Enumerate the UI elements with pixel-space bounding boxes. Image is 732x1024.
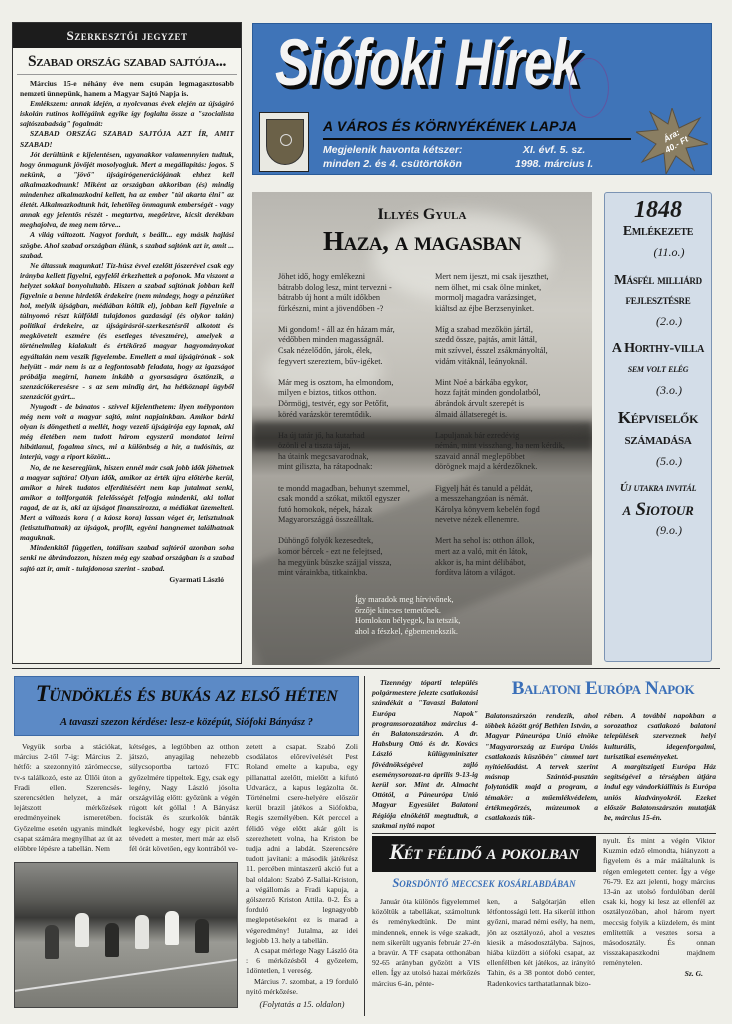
poem-line: vidám vitáknál, leányoknál. (435, 357, 585, 368)
article-text: rében. A további napokban a sorozathoz c… (604, 711, 716, 762)
poem-line: ha útaink megcsavarodnak, (278, 452, 428, 463)
poem-line: mit szívvel, ésszel zsákmányoltál, (435, 346, 585, 357)
poem-line: Figyelj hát és tanuld a példát, (435, 484, 585, 495)
masthead-subtitle: A VÁROS ÉS KÖRNYÉKÉNEK LAPJA (323, 118, 577, 134)
poem-line: nevetve nézek ellenemre. (435, 515, 585, 526)
poem-stanza: te mondd magadban, behunyt szemmel,csak … (278, 484, 428, 526)
poem-line: csak mondd a szókat, miktől egyszer (278, 494, 428, 505)
poem-line: fegyvert szereztem, bűv-igéket. (278, 357, 428, 368)
poem-line: akkor is, ha mint délibábot, (435, 558, 585, 569)
poem-stanza: Jöhet idő, hogy emlékeznibátrabb dolog l… (278, 272, 428, 314)
issue-info: XI. évf. 5. sz. 1998. március I. (515, 143, 593, 171)
poem-line: mint giliszta, ha rátapodnak: (278, 462, 428, 473)
coat-of-arms-icon (259, 112, 309, 172)
poem-final-stanza: Így maradok meg hírvivőnek,őrzője kincse… (355, 595, 515, 637)
poem-line: őrzője kincses temetőnek. (355, 606, 515, 617)
poem-line: ahol a fészkel, égbemenekszik. (355, 627, 515, 638)
column-divider (364, 676, 365, 1016)
price-star-icon: Ára: 40.- Ft (636, 108, 708, 174)
poem-stanza: Ha új tatár jő, ha kutarhadözönli el a t… (278, 431, 428, 473)
poem-author: Illyés Gyula (252, 206, 592, 224)
football-column-2: kétséges, a legtöbben az otthon játszó, … (129, 742, 239, 854)
poem-title: Haza, a magasban (252, 226, 592, 257)
poem-line: bátrabb új hont a múlt időkben (278, 293, 428, 304)
section-divider (12, 668, 720, 669)
masthead-rule (323, 138, 631, 140)
poem-line: némán, mint visszhang, ha nem kérdik, (435, 441, 585, 452)
article-text: kétséges, a legtöbben az otthon játszó, … (129, 742, 239, 854)
poem-panel: Illyés Gyula Haza, a magasban Jöhet idő,… (252, 192, 592, 665)
editorial-headline: Szabad ország szabad sajtója... (17, 48, 237, 75)
poem-line: ha megyünk büszke szájjal vissza, (278, 558, 428, 569)
poem-line: Mert nem ijeszt, mi csak ijeszthet, (435, 272, 585, 283)
editorial-paragraph: Ne áltassuk magunkat! Tíz-húsz évvel eze… (20, 261, 234, 402)
frequency-line-2: minden 2. és 4. csütörtökön (323, 157, 462, 171)
poem-stanza: Lapuljanak bár ezredévignémán, mint viss… (435, 431, 585, 473)
publication-frequency: Megjelenik havonta kétszer: minden 2. és… (323, 143, 462, 171)
editorial-paragraph: Jót derültünk e kijelentésen, ugyanakkor… (20, 150, 234, 231)
poem-line: Jöhet idő, hogy emlékezni (278, 272, 428, 283)
poem-line: Károlya könyvem kebelén fogd (435, 505, 585, 516)
poem-line: özönli el a tiszta tájat, (278, 441, 428, 452)
teaser-page-ref: (5.o.) (627, 454, 711, 469)
poem-line: védőbben minden magasságnál. (278, 335, 428, 346)
poem-line: Ha új tatár jő, ha kutarhad (278, 431, 428, 442)
teaser-page-ref: (9.o.) (627, 523, 711, 538)
frequency-line-1: Megjelenik havonta kétszer: (323, 143, 462, 157)
poem-line: álmaid állatseregét is. (435, 410, 585, 421)
teaser-page-ref: (11.o.) (627, 245, 711, 260)
poem-stanza: Figyelj hát és tanuld a példát,a messzeh… (435, 484, 585, 526)
teaser-year: 1848 (605, 197, 711, 224)
poem-line: Lapuljanak bár ezredévig (435, 431, 585, 442)
poem-stanza: Mert ha sehol is: otthon állok,mert az a… (435, 536, 585, 578)
poem-line: Dörmögj, testvér, egy sor Petőfit, (278, 399, 428, 410)
editorial-paragraph: Nyugodt - de bánatos - szívvel kijelenth… (20, 402, 234, 463)
editorial-paragraph: Emlékszem: annak idején, a nyolcvanas év… (20, 99, 234, 129)
poem-line: hozz fajtát minden gondolatból, (435, 388, 585, 399)
article-text: zetett a csapat. Szabó Zoli csodálatos e… (246, 742, 358, 946)
article-text: Március 7. szombat, a 19 forduló nyitó m… (246, 977, 358, 997)
teaser-item[interactable]: Másfél milliárd fejlesztésre (2.o.) (605, 272, 711, 329)
poem-line: Mint Noé a bárkába egykor, (435, 378, 585, 389)
article-signature: Sz. G. (603, 969, 715, 979)
poem-stanza: Mint Noé a bárkába egykor,hozz fajtát mi… (435, 378, 585, 420)
editorial-signature: Gyarmati László (20, 575, 234, 585)
poem-line: mert az a való, mit én látok, (435, 547, 585, 558)
editorial-paragraph: SZABAD ORSZÁG SZABAD SAJTÓJA AZT ÍR, AMI… (20, 129, 234, 149)
poem-line: milyen e biztos, titkos otthon. (278, 388, 428, 399)
poem-line: köréd varázskör teremtődik. (278, 410, 428, 421)
poem-line: dörögnek majd a kérdezőknek. (435, 462, 585, 473)
balaton-column-3: rében. A további napokban a sorozathoz c… (604, 711, 716, 823)
masthead: Siófoki Hírek A VÁROS ÉS KÖRNYÉKÉNEK LAP… (252, 23, 712, 175)
continued-link[interactable]: (Folytatás a 15. oldalon) (246, 999, 358, 1009)
poem-line: nem ölhet, mi csak ölne minket, (435, 283, 585, 294)
poem-line: szedd össze, pajtás, amit láttál, (435, 335, 585, 346)
poem-stanza: Míg a szabad mezőkön jártál,szedd össze,… (435, 325, 585, 367)
poem-line: ábrándok árvult szerepét is (435, 399, 585, 410)
article-text: Balatonszárszón rendezik, ahol többek kö… (485, 711, 598, 823)
poem-line: fürkészni, mint a jövendőben -? (278, 304, 428, 315)
editorial-box: Szerkesztői jegyzet Szabad ország szabad… (12, 22, 242, 664)
poem-left-column: Jöhet idő, hogy emlékeznibátrabb dolog l… (278, 272, 428, 589)
basketball-subhead: Sorsdöntő meccsek kosárlabdában (372, 876, 596, 891)
teaser-item[interactable]: Képviselők számadása (5.o.) (605, 410, 711, 469)
basketball-headline: Két félidő a pokolban (372, 839, 596, 865)
basketball-column-2: ken, a Salgótarján ellen létfontosságú l… (487, 897, 595, 989)
editorial-paragraph: Március 15-e néhány éve nem csupán legma… (20, 79, 234, 99)
poem-line: Dühöngő folyók kezesedtek, (278, 536, 428, 547)
football-subhead: A tavaszi szezon kérdése: lesz-e középút… (15, 717, 358, 728)
poem-stanza: Már meg is osztom, ha elmondom,milyen e … (278, 378, 428, 420)
issue-volume: XI. évf. 5. sz. (515, 143, 593, 157)
teaser-page-ref: (2.o.) (627, 314, 711, 329)
poem-line: Már meg is osztom, ha elmondom, (278, 378, 428, 389)
poem-stanza: Mi gondom! - áll az én házam már,védőbbe… (278, 325, 428, 367)
poem-line: Homlokon bélyegek, ha tetszik, (355, 616, 515, 627)
poem-line: mormolj magadra varázsinget, (435, 293, 585, 304)
contents-teaser-box: 1848 Emlékezete (11.o.) Másfél milliárd … (604, 192, 712, 662)
football-column-3: zetett a csapat. Szabó Zoli csodálatos e… (246, 742, 358, 1009)
poem-line: kiáltsd az éjbe Berzsenyinket. (435, 304, 585, 315)
football-column-1: Vegyük sorba a stációkat, március 2-től … (14, 742, 122, 854)
issue-date: 1998. március I. (515, 157, 593, 171)
article-text: ken, a Salgótarján ellen létfontosságú l… (487, 897, 595, 989)
poem-line: Míg a szabad mezőkön jártál, (435, 325, 585, 336)
poem-line: fordítva látom a világot. (435, 568, 585, 579)
teaser-item[interactable]: Emlékezete (11.o.) (605, 224, 711, 260)
football-match-photo (14, 862, 238, 1008)
poem-line: a messzehangzóan is némát. (435, 494, 585, 505)
poem-line: te mondd magadban, behunyt szemmel, (278, 484, 428, 495)
teaser-item[interactable]: A Horthy-villa sem volt elég (3.o.) (605, 341, 711, 398)
article-text: A margitszigeti Európa Ház segítségével … (604, 762, 716, 823)
balaton-column-2: Balatonszárszón rendezik, ahol többek kö… (485, 711, 598, 823)
article-text: Tizennégy tóparti település polgármester… (372, 678, 478, 831)
poem-stanza: Mert nem ijeszt, mi csak ijeszthet,nem ö… (435, 272, 585, 314)
poem-line: szavaid annál meglepőbbet (435, 452, 585, 463)
editorial-paragraph: No, de ne keseregjünk, hiszen ennél már … (20, 463, 234, 544)
balaton-lead: Tizennégy tóparti település polgármester… (372, 678, 478, 831)
poem-stanza: Dühöngő folyók kezesedtek,komor bércek -… (278, 536, 428, 578)
poem-line: bátrabb dolog lesz, mint tervezni - (278, 283, 428, 294)
editorial-body: Március 15-e néhány éve nem csupán legma… (13, 75, 241, 589)
poem-line: Mi gondom! - áll az én házam már, (278, 325, 428, 336)
editorial-paragraph: Mindenkitől független, totálisan szabad … (20, 543, 234, 573)
poem-line: mint várainkba, titkainkba. (278, 568, 428, 579)
basketball-header: Két félidő a pokolban (372, 836, 596, 872)
poem-line: Magyarországgá összeálltak. (278, 515, 428, 526)
article-text: Január óta különös figyelemmel közöltük … (372, 897, 480, 989)
football-header: Tündöklés és bukás az első héten A tavas… (14, 676, 359, 736)
teaser-page-ref: (3.o.) (627, 383, 711, 398)
balaton-headline: Balatoni Európa Napok (488, 678, 718, 700)
football-headline: Tündöklés és bukás az első héten (15, 681, 358, 707)
poem-line: Mert ha sehol is: otthon állok, (435, 536, 585, 547)
basketball-column-1: Január óta különös figyelemmel közöltük … (372, 897, 480, 989)
editorial-paragraph: A világ változott. Nagyot fordult, s beá… (20, 230, 234, 260)
article-text: Vegyük sorba a stációkat, március 2-től … (14, 742, 122, 854)
poem-line: Csak nézelődőn, járok, élek, (278, 346, 428, 357)
library-stamp-icon (569, 58, 609, 118)
article-text: A csapat mérlege Nagy László óta : 6 mér… (246, 946, 358, 977)
article-text: nyult. És mint a végén Viktor Kuzmin edz… (603, 836, 715, 969)
editorial-kicker: Szerkesztői jegyzet (13, 23, 241, 48)
basketball-column-3: nyult. És mint a végén Viktor Kuzmin edz… (603, 836, 715, 979)
newspaper-title: Siófoki Hírek (275, 24, 580, 100)
poem-line: komor bércek - ezt ne felejtsed, (278, 547, 428, 558)
teaser-item[interactable]: Új utakra invitál a Siotour (9.o.) (605, 481, 711, 538)
poem-line: Így maradok meg hírvivőnek, (355, 595, 515, 606)
poem-line: futó homokok, népek, házak (278, 505, 428, 516)
section-divider (372, 833, 716, 834)
poem-right-column: Mert nem ijeszt, mi csak ijeszthet,nem ö… (435, 272, 585, 589)
